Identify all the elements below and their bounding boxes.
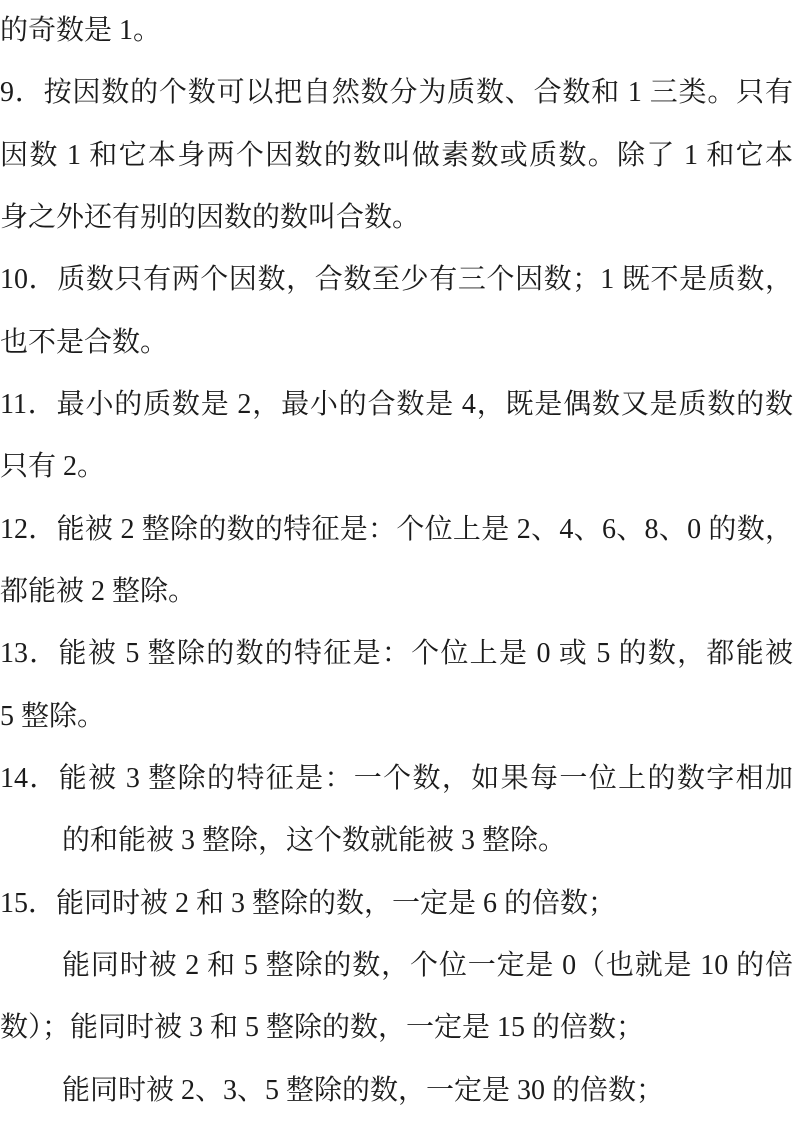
text-line: 14．能被 3 整除的特征是：一个数，如果每一位上的数字相加 — [0, 748, 793, 810]
text-line: 数）；能同时被 3 和 5 整除的数，一定是 15 的倍数； — [0, 997, 793, 1059]
text-line: 10．质数只有两个因数，合数至少有三个因数；1 既不是质数， — [0, 249, 793, 311]
text-line: 也不是合数。 — [0, 312, 793, 374]
text-line: 12．能被 2 整除的数的特征是：个位上是 2、4、6、8、0 的数， — [0, 499, 793, 561]
text-line: 身之外还有别的因数的数叫合数。 — [0, 187, 793, 249]
text-line: 5 整除。 — [0, 686, 793, 748]
text-line: 的和能被 3 整除，这个数就能被 3 整除。 — [0, 810, 793, 872]
text-line: 因数 1 和它本身两个因数的数叫做素数或质数。除了 1 和它本 — [0, 125, 793, 187]
text-line: 13．能被 5 整除的数的特征是：个位上是 0 或 5 的数，都能被 — [0, 623, 793, 685]
text-line: 的奇数是 1。 — [0, 0, 793, 62]
text-line: 只有 2。 — [0, 436, 793, 498]
text-line: 能同时被 2 和 5 整除的数，个位一定是 0（也就是 10 的倍 — [0, 935, 793, 997]
text-line: 15．能同时被 2 和 3 整除的数，一定是 6 的倍数； — [0, 873, 793, 935]
text-line: 9．按因数的个数可以把自然数分为质数、合数和 1 三类。只有 — [0, 62, 793, 124]
text-line: 11．最小的质数是 2，最小的合数是 4，既是偶数又是质数的数 — [0, 374, 793, 436]
text-line: 能同时被 2、3、5 整除的数，一定是 30 的倍数； — [0, 1060, 793, 1122]
document-page: 的奇数是 1。 9．按因数的个数可以把自然数分为质数、合数和 1 三类。只有 因… — [0, 0, 793, 1122]
text-line: 都能被 2 整除。 — [0, 561, 793, 623]
